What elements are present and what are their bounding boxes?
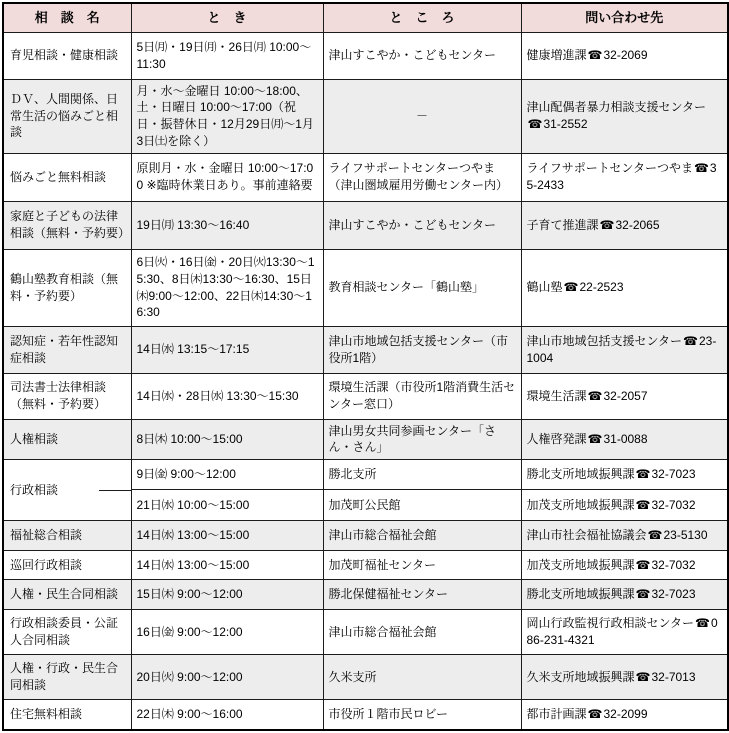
- table-row-rights-welfare-joint: 人権・民生合同相談 15日㈭ 9:00～12:00 勝北保健福祉センター 勝北支…: [3, 580, 728, 610]
- contact-label: 健康増進課: [527, 48, 587, 62]
- consultation-name-cell: 人権・行政・民生合同相談: [3, 655, 131, 700]
- time-cell: 19日㈪ 13:30～16:40: [131, 201, 323, 249]
- phone-number: 32-2065: [615, 218, 659, 232]
- table-row-free-worry: 悩みごと無料相談 原則月・水・金曜日 10:00～17:00 ※臨時休業日あり。…: [3, 153, 728, 201]
- consultation-name-cell: 行政相談: [3, 460, 131, 521]
- place-cell: 津山すこやか・こどもセンター: [323, 32, 521, 79]
- time-cell: 14日㈬ 13:15～17:15: [131, 326, 323, 373]
- time-cell: 6日㈫・16日㈮・20日㈫13:30～15:30、8日㈭13:30～16:30、…: [131, 249, 323, 326]
- consultation-name-cell: 行政相談委員・公証人合同相談: [3, 610, 131, 655]
- col-header-place: と こ ろ: [323, 3, 521, 32]
- phone-number: 32-7032: [651, 498, 695, 512]
- contact-label: 津山配偶者暴力相談支援センター: [527, 100, 707, 114]
- time-cell: 8日㈭ 10:00～15:00: [131, 419, 323, 460]
- contact-cell: 久米支所地域振興課☎32-7013: [521, 655, 728, 700]
- time-cell: 14日㈬ 13:00～15:00: [131, 521, 323, 551]
- time-cell: 22日㈭ 9:00～16:00: [131, 700, 323, 730]
- place-cell: 教育相談センター「鶴山塾」: [323, 249, 521, 326]
- contact-label: 子育て推進課: [527, 218, 599, 232]
- time-cell: 5日㈪・19日㈪・26日㈪ 10:00～11:30: [131, 32, 323, 79]
- phone-icon: ☎: [647, 528, 664, 542]
- phone-number: 22-2523: [579, 280, 623, 294]
- table-row-childcare-health: 育児相談・健康相談 5日㈪・19日㈪・26日㈪ 10:00～11:30 津山すこ…: [3, 32, 728, 79]
- phone-number: 23-5130: [663, 528, 707, 542]
- contact-cell: 健康増進課☎32-2069: [521, 32, 728, 79]
- table-row-housing-free: 住宅無料相談 22日㈭ 9:00～16:00 市役所１階市民ロビー 都市計画課☎…: [3, 700, 728, 730]
- phone-icon: ☎: [527, 117, 544, 131]
- time-cell: 16日㈮ 9:00～12:00: [131, 610, 323, 655]
- col-header-time: と き: [131, 3, 323, 32]
- place-cell: 津山すこやか・こどもセンター: [323, 201, 521, 249]
- phone-number: 32-2099: [603, 707, 647, 721]
- table-row-family-child-legal: 家庭と子どもの法律相談（無料・予約要） 19日㈪ 13:30～16:40 津山す…: [3, 201, 728, 249]
- consultation-name-cell: 家庭と子どもの法律相談（無料・予約要）: [3, 201, 131, 249]
- phone-icon: ☎: [694, 616, 711, 630]
- contact-cell: ライフサポートセンターつやま☎35-2433: [521, 153, 728, 201]
- place-cell: 久米支所: [323, 655, 521, 700]
- consultation-name-cell: 福祉総合相談: [3, 521, 131, 551]
- phone-icon: ☎: [587, 432, 604, 446]
- phone-number: 31-2552: [543, 117, 587, 131]
- consultation-name-cell: ＤＶ、人間関係、日常生活の悩みごと相談: [3, 79, 131, 153]
- contact-cell: 津山市社会福祉協議会☎23-5130: [521, 521, 728, 551]
- consultation-name-cell: 認知症・若年性認知症相談: [3, 326, 131, 373]
- contact-label: 津山市地域包括支援センター: [527, 334, 683, 348]
- contact-label: 加茂支所地域振興課: [527, 558, 635, 572]
- place-cell: 津山市総合福祉会館: [323, 610, 521, 655]
- col-header-consultation-name: 相 談 名: [3, 3, 131, 32]
- phone-icon: ☎: [682, 334, 699, 348]
- table-row-human-rights: 人権相談 8日㈭ 10:00～15:00 津山男女共同参画センター「さん・さん」…: [3, 419, 728, 460]
- consultation-schedule-table: 相 談 名 と き と こ ろ 問い合わせ先 育児相談・健康相談 5日㈪・19日…: [2, 2, 729, 731]
- contact-label: 久米支所地域振興課: [527, 670, 635, 684]
- phone-icon: ☎: [635, 670, 652, 684]
- contact-cell: 津山市地域包括支援センター☎23-1004: [521, 326, 728, 373]
- table-row-kakuzan-juku-education: 鶴山塾教育相談（無料・予約要） 6日㈫・16日㈮・20日㈫13:30～15:30…: [3, 249, 728, 326]
- contact-cell: 子育て推進課☎32-2065: [521, 201, 728, 249]
- place-cell: 津山市地域包括支援センター（市役所1階）: [323, 326, 521, 373]
- phone-number: 32-7023: [651, 467, 695, 481]
- consultation-name-cell: 育児相談・健康相談: [3, 32, 131, 79]
- time-cell: 9日㈮ 9:00～12:00: [131, 460, 323, 490]
- contact-label: 人権啓発課: [527, 432, 587, 446]
- contact-label: ライフサポートセンターつやま: [527, 161, 693, 175]
- contact-label: 加茂支所地域振興課: [527, 498, 635, 512]
- place-cell: ライフサポートセンターつやま（津山圏域雇用労働センター内）: [323, 153, 521, 201]
- time-cell: 14日㈬・28日㈬ 13:30～15:30: [131, 373, 323, 419]
- phone-icon: ☎: [635, 498, 652, 512]
- place-cell: 津山男女共同参画センター「さん・さん」: [323, 419, 521, 460]
- contact-cell: 加茂支所地域振興課☎32-7032: [521, 551, 728, 580]
- contact-cell: 勝北支所地域振興課☎32-7023: [521, 460, 728, 490]
- place-cell: 加茂町公民館: [323, 490, 521, 521]
- contact-cell: 津山配偶者暴力相談支援センター☎31-2552: [521, 79, 728, 153]
- table-row-admin-notary-joint: 行政相談委員・公証人合同相談 16日㈮ 9:00～12:00 津山市総合福祉会館…: [3, 610, 728, 655]
- phone-number: 31-0088: [603, 432, 647, 446]
- phone-number: 32-2057: [603, 389, 647, 403]
- col-header-contact: 問い合わせ先: [521, 3, 728, 32]
- contact-label: 津山市社会福祉協議会: [527, 528, 647, 542]
- contact-cell: 勝北支所地域振興課☎32-7023: [521, 580, 728, 610]
- header-row: 相 談 名 と き と こ ろ 問い合わせ先: [3, 3, 728, 32]
- time-cell: 21日㈬ 10:00～15:00: [131, 490, 323, 521]
- consultation-name-cell: 住宅無料相談: [3, 700, 131, 730]
- place-cell: 津山市総合福祉会館: [323, 521, 521, 551]
- phone-icon: ☎: [635, 587, 652, 601]
- place-cell: 市役所１階市民ロビー: [323, 700, 521, 730]
- contact-label: 鶴山塾: [527, 280, 563, 294]
- table-row-administrative-1: 行政相談 9日㈮ 9:00～12:00 勝北支所 勝北支所地域振興課☎32-70…: [3, 460, 728, 490]
- consultation-name-cell: 悩みごと無料相談: [3, 153, 131, 201]
- table-row-dv-life-worries: ＤＶ、人間関係、日常生活の悩みごと相談 月・水～金曜日 10:00～18:00、…: [3, 79, 728, 153]
- table-row-rights-admin-welfare-joint: 人権・行政・民生合同相談 20日㈫ 9:00～12:00 久米支所 久米支所地域…: [3, 655, 728, 700]
- place-cell: 勝北支所: [323, 460, 521, 490]
- phone-icon: ☎: [635, 558, 652, 572]
- phone-number: 32-7013: [651, 670, 695, 684]
- contact-cell: 岡山行政監視行政相談センター☎086-231-4321: [521, 610, 728, 655]
- consultation-name-cell: 人権相談: [3, 419, 131, 460]
- contact-cell: 鶴山塾☎22-2523: [521, 249, 728, 326]
- time-cell: 15日㈭ 9:00～12:00: [131, 580, 323, 610]
- consultation-name-cell: 人権・民生合同相談: [3, 580, 131, 610]
- contact-cell: 都市計画課☎32-2099: [521, 700, 728, 730]
- time-cell: 14日㈬ 13:00～15:00: [131, 551, 323, 580]
- phone-icon: ☎: [599, 218, 616, 232]
- place-cell: 環境生活課（市役所1階消費生活センター窓口）: [323, 373, 521, 419]
- phone-number: 32-2069: [603, 48, 647, 62]
- time-cell: 原則月・水・金曜日 10:00～17:00 ※臨時休業日あり。事前連絡要: [131, 153, 323, 201]
- table-row-welfare-general: 福祉総合相談 14日㈬ 13:00～15:00 津山市総合福祉会館 津山市社会福…: [3, 521, 728, 551]
- phone-number: 32-7032: [651, 558, 695, 572]
- contact-cell: 環境生活課☎32-2057: [521, 373, 728, 419]
- contact-cell: 人権啓発課☎31-0088: [521, 419, 728, 460]
- table-row-touring-administrative: 巡回行政相談 14日㈬ 13:00～15:00 加茂町福祉センター 加茂支所地域…: [3, 551, 728, 580]
- phone-icon: ☎: [693, 161, 710, 175]
- phone-number: 32-7023: [651, 587, 695, 601]
- contact-cell: 加茂支所地域振興課☎32-7032: [521, 490, 728, 521]
- place-cell: 勝北保健福祉センター: [323, 580, 521, 610]
- table-row-dementia: 認知症・若年性認知症相談 14日㈬ 13:15～17:15 津山市地域包括支援セ…: [3, 326, 728, 373]
- time-cell: 月・水～金曜日 10:00～18:00、土・日曜日 10:00～17:00（祝日…: [131, 79, 323, 153]
- contact-label: 勝北支所地域振興課: [527, 467, 635, 481]
- table-row-judicial-scrivener: 司法書士法律相談（無料・予約要） 14日㈬・28日㈬ 13:30～15:30 環…: [3, 373, 728, 419]
- contact-label: 勝北支所地域振興課: [527, 587, 635, 601]
- phone-icon: ☎: [587, 48, 604, 62]
- phone-icon: ☎: [563, 280, 580, 294]
- contact-label: 環境生活課: [527, 389, 587, 403]
- contact-label: 岡山行政監視行政相談センター: [527, 616, 695, 630]
- contact-label: 都市計画課: [527, 707, 587, 721]
- place-cell: －: [323, 79, 521, 153]
- consultation-name-cell: 鶴山塾教育相談（無料・予約要）: [3, 249, 131, 326]
- consultation-name-cell: 巡回行政相談: [3, 551, 131, 580]
- phone-icon: ☎: [587, 389, 604, 403]
- time-cell: 20日㈫ 9:00～12:00: [131, 655, 323, 700]
- place-cell: 加茂町福祉センター: [323, 551, 521, 580]
- phone-icon: ☎: [587, 707, 604, 721]
- phone-icon: ☎: [635, 467, 652, 481]
- consultation-name-cell: 司法書士法律相談（無料・予約要）: [3, 373, 131, 419]
